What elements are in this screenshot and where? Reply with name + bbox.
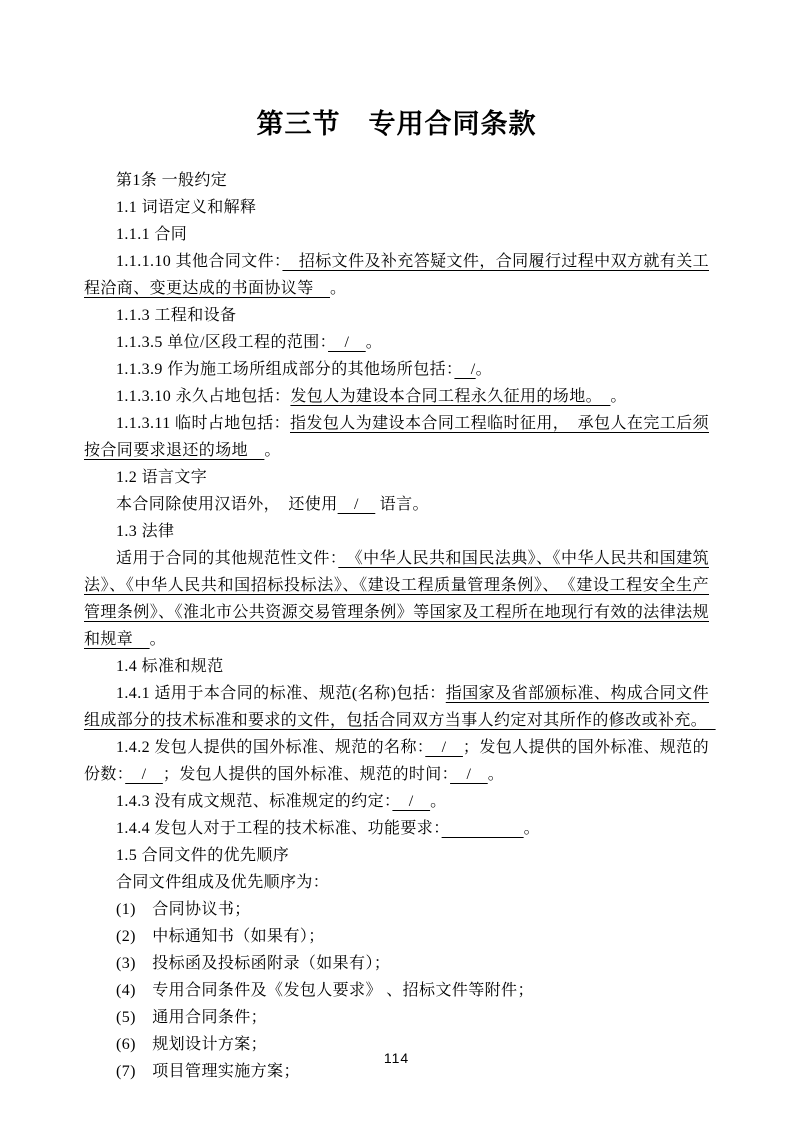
clause-label: 1.1.3.11 临时占地包括： <box>116 415 290 432</box>
subclause-1-1-3-heading: 1.1.3 工程和设备 <box>84 302 709 329</box>
subclause-1-5-heading: 1.5 合同文件的优先顺序 <box>84 842 709 869</box>
fill-in-blank: 发包人为建设本合同工程永久征用的场地。 <box>290 388 610 405</box>
clause-text: 本合同除使用汉语外， 还使用 <box>116 496 338 513</box>
clause-end: 。 <box>488 766 504 783</box>
clause-label: 1.1.3.9 作为施工场所组成部分的其他场所包括： <box>116 361 454 378</box>
clause-1-1-1-10: 1.1.1.10 其他合同文件： 招标文件及补充答疑文件，合同履行过程中双方就有… <box>84 248 709 302</box>
clause-1-1-3-5: 1.1.3.5 单位/区段工程的范围： / 。 <box>84 329 709 356</box>
clause-label: 1.4.1 适用于本合同的标准、规范(名称)包括： <box>116 685 446 702</box>
clause-1-1-3-9: 1.1.3.9 作为施工场所组成部分的其他场所包括： /。 <box>84 356 709 383</box>
subclause-1-4-heading: 1.4 标准和规范 <box>84 653 709 680</box>
clause-end: 。 <box>476 361 492 378</box>
fill-in-blank: / <box>450 766 488 783</box>
clause-end: 。 <box>430 793 446 810</box>
document-page: 第三节 专用合同条款 第1条 一般约定 1.1 词语定义和解释 1.1.1 合同… <box>0 0 793 1122</box>
clause-1-4-1: 1.4.1 适用于本合同的标准、规范(名称)包括：指国家及省部颁标准、构成合同文… <box>84 680 709 734</box>
list-intro: 合同文件组成及优先顺序为： <box>84 869 709 896</box>
clause-1-1-3-11: 1.1.3.11 临时占地包括：指发包人为建设本合同工程临时征用， 承包人在完工… <box>84 410 709 464</box>
clause-language: 本合同除使用汉语外， 还使用 / 语言。 <box>84 491 709 518</box>
clause-label: 1.1.1.10 其他合同文件： <box>116 253 282 270</box>
clause-1-4-4: 1.4.4 发包人对于工程的技术标准、功能要求： 。 <box>84 815 709 842</box>
clause-label: 1.4.2 发包人提供的国外标准、规范的名称： <box>116 739 425 756</box>
clause-label: 1.1.3.10 永久占地包括： <box>116 388 290 405</box>
list-item: (2) 中标通知书（如果有）； <box>84 923 709 950</box>
subclause-1-1-1-heading: 1.1.1 合同 <box>84 221 709 248</box>
clause-end: 语言。 <box>375 496 429 513</box>
section-title: 第三节 专用合同条款 <box>84 103 709 145</box>
clause-text: ；发包人提供的国外标准、规范的时间： <box>163 766 450 783</box>
clause-end: 。 <box>610 388 626 405</box>
fill-in-blank <box>442 820 524 837</box>
clause-end: 。 <box>150 631 166 648</box>
subclause-1-1-heading: 1.1 词语定义和解释 <box>84 194 709 221</box>
clause-label: 1.4.4 发包人对于工程的技术标准、功能要求： <box>116 820 442 837</box>
clause-1-4-2: 1.4.2 发包人提供的国外标准、规范的名称： / ；发包人提供的国外标准、规范… <box>84 734 709 788</box>
list-item: (1) 合同协议书； <box>84 896 709 923</box>
fill-in-blank: / <box>454 361 475 378</box>
clause-law: 适用于合同的其他规范性文件： 《中华人民共和国民法典》、《中华人民共和国建筑法》… <box>84 545 709 653</box>
fill-in-blank: / <box>125 766 163 783</box>
clause-end: 。 <box>524 820 540 837</box>
subclause-1-2-heading: 1.2 语言文字 <box>84 464 709 491</box>
fill-in-blank: / <box>338 496 376 513</box>
clause-1-heading: 第1条 一般约定 <box>84 167 709 194</box>
subclause-1-3-heading: 1.3 法律 <box>84 518 709 545</box>
list-item: (4) 专用合同条件及《发包人要求》 、招标文件等附件； <box>84 977 709 1004</box>
list-item: (3) 投标函及投标函附录（如果有）； <box>84 950 709 977</box>
list-item: (5) 通用合同条件； <box>84 1004 709 1031</box>
fill-in-blank: / <box>425 739 463 756</box>
clause-end: 。 <box>264 442 280 459</box>
clause-1-1-3-10: 1.1.3.10 永久占地包括：发包人为建设本合同工程永久征用的场地。 。 <box>84 383 709 410</box>
clause-1-4-3: 1.4.3 没有成文规范、标准规定的约定： / 。 <box>84 788 709 815</box>
page-number: 114 <box>0 1050 793 1066</box>
fill-in-blank: / <box>328 334 366 351</box>
clause-label: 适用于合同的其他规范性文件： <box>116 550 338 567</box>
clause-end: 。 <box>330 280 346 297</box>
clause-end: 。 <box>366 334 382 351</box>
fill-in-blank: / <box>392 793 430 810</box>
clause-label: 1.1.3.5 单位/区段工程的范围： <box>116 334 328 351</box>
clause-label: 1.4.3 没有成文规范、标准规定的约定： <box>116 793 392 810</box>
